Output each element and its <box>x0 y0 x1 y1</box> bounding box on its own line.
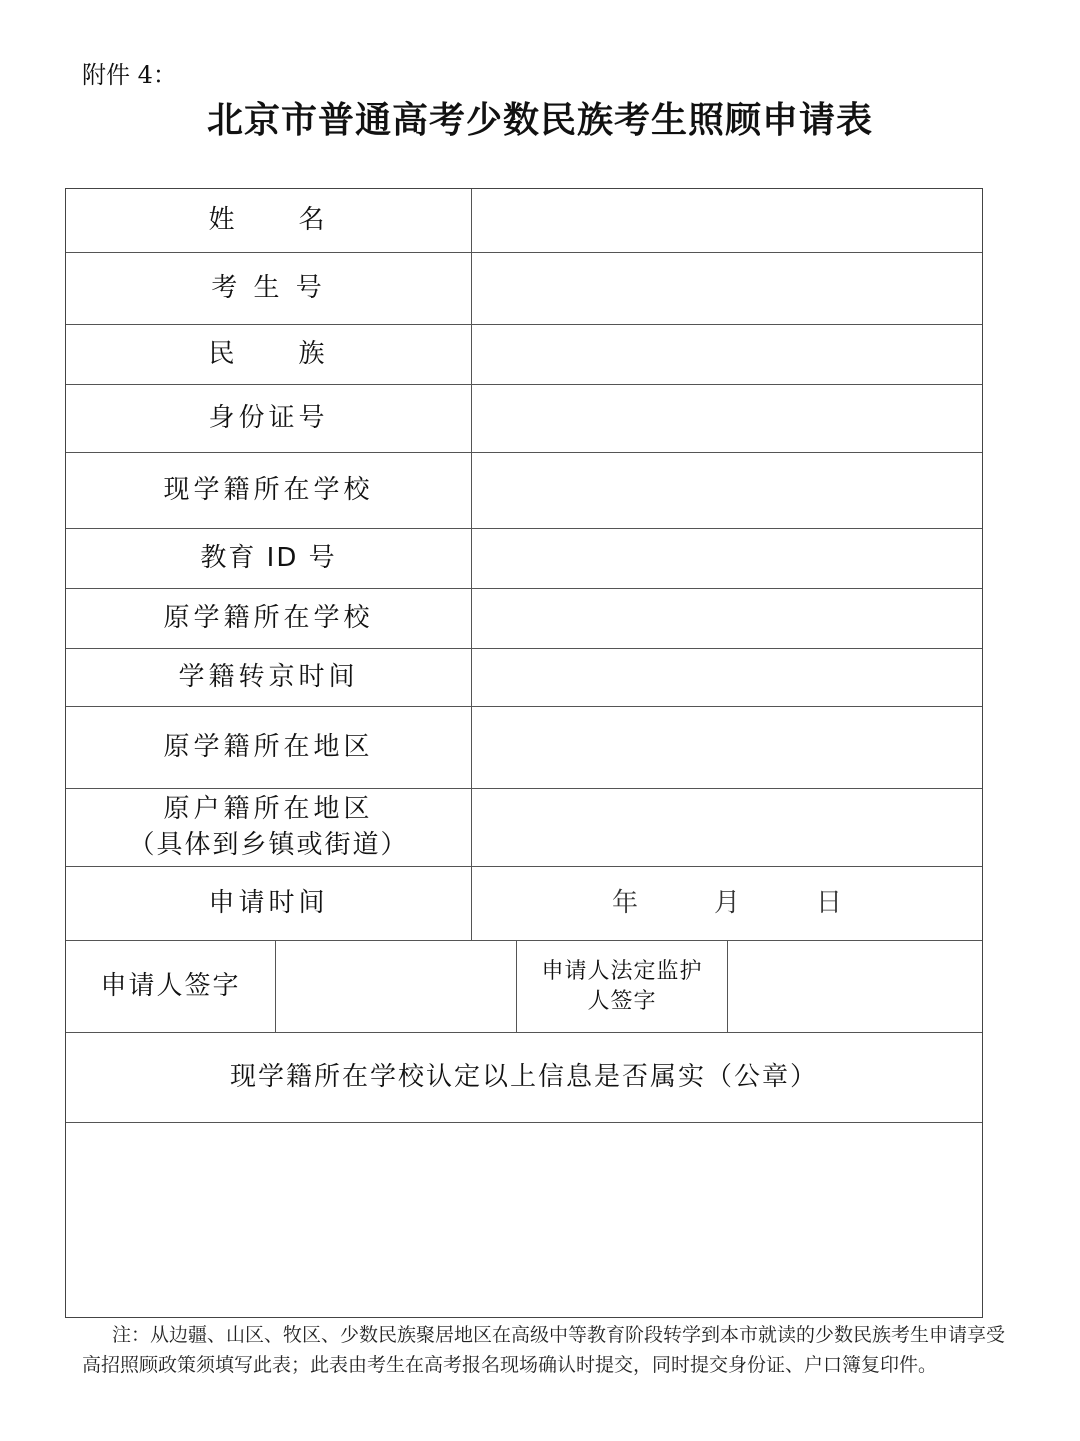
form-row-school-verification: 现学籍所在学校认定以上信息是否属实（公章） <box>66 1033 982 1123</box>
form-row-original-region: 原学籍所在地区 <box>66 707 982 789</box>
guardian-label-line2: 人签字 <box>587 987 656 1017</box>
page-title: 北京市普通高考少数民族考生照顾申请表 <box>0 92 1080 143</box>
field-label: 申请时间 <box>66 867 472 940</box>
school-stamp-field[interactable] <box>66 1123 982 1317</box>
original-region-field[interactable] <box>472 707 982 788</box>
guardian-signature-field[interactable] <box>728 941 982 1032</box>
year-label: 年 <box>612 886 638 921</box>
application-form: 姓 名 考 生 号 民 族 身份证号 现学籍所在学校 教育 ID 号 原学籍所在… <box>65 188 983 1318</box>
form-row-education-id: 教育 ID 号 <box>66 529 982 589</box>
ethnicity-field[interactable] <box>472 325 982 384</box>
form-row-application-time: 申请时间 年 月 日 <box>66 867 982 941</box>
transfer-time-field[interactable] <box>472 649 982 706</box>
form-row-id-number: 身份证号 <box>66 385 982 453</box>
field-label: 学籍转京时间 <box>66 649 472 706</box>
month-label: 月 <box>714 886 740 921</box>
form-row-original-school: 原学籍所在学校 <box>66 589 982 649</box>
form-row-transfer-time: 学籍转京时间 <box>66 649 982 707</box>
original-school-field[interactable] <box>472 589 982 648</box>
applicant-signature-field[interactable] <box>276 941 517 1032</box>
name-field[interactable] <box>472 189 982 252</box>
original-household-field[interactable] <box>472 789 982 866</box>
form-row-current-school: 现学籍所在学校 <box>66 453 982 529</box>
field-label-line2: （具体到乡镇或街道） <box>128 828 408 863</box>
day-label: 日 <box>816 886 842 921</box>
school-verification-label: 现学籍所在学校认定以上信息是否属实（公章） <box>66 1033 982 1122</box>
field-label: 教育 ID 号 <box>66 529 472 588</box>
field-label: 姓 名 <box>66 189 472 252</box>
applicant-signature-label: 申请人签字 <box>66 941 276 1032</box>
form-row-original-household: 原户籍所在地区 （具体到乡镇或街道） <box>66 789 982 867</box>
field-label: 原学籍所在学校 <box>66 589 472 648</box>
field-label: 考 生 号 <box>66 253 472 324</box>
field-label: 原学籍所在地区 <box>66 707 472 788</box>
exam-number-field[interactable] <box>472 253 982 324</box>
education-id-field[interactable] <box>472 529 982 588</box>
current-school-field[interactable] <box>472 453 982 528</box>
form-row-exam-number: 考 生 号 <box>66 253 982 325</box>
field-label: 民 族 <box>66 325 472 384</box>
field-label: 原户籍所在地区 （具体到乡镇或街道） <box>66 789 472 866</box>
field-label-line1: 原户籍所在地区 <box>163 792 373 827</box>
footnote: 注：从边疆、山区、牧区、少数民族聚居地区在高级中等教育阶段转学到本市就读的少数民… <box>82 1320 1008 1380</box>
id-number-field[interactable] <box>472 385 982 452</box>
form-row-signatures: 申请人签字 申请人法定监护 人签字 <box>66 941 982 1033</box>
form-row-name: 姓 名 <box>66 189 982 253</box>
attachment-label: 附件 4： <box>82 55 177 90</box>
field-label: 现学籍所在学校 <box>66 453 472 528</box>
guardian-signature-label: 申请人法定监护 人签字 <box>517 941 728 1032</box>
form-row-ethnicity: 民 族 <box>66 325 982 385</box>
field-label: 身份证号 <box>66 385 472 452</box>
form-row-school-stamp <box>66 1123 982 1317</box>
guardian-label-line1: 申请人法定监护 <box>541 957 702 987</box>
application-date-field[interactable]: 年 月 日 <box>472 867 982 940</box>
